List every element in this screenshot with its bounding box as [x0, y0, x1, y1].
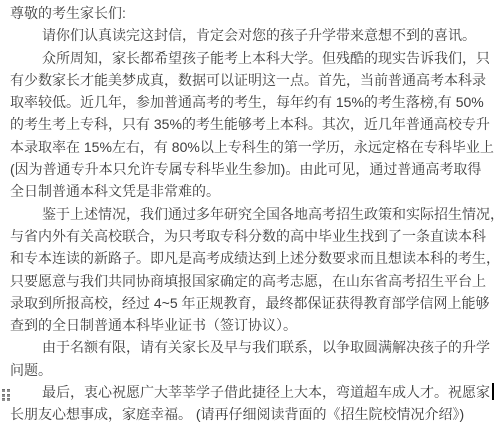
salutation-line: 尊敬的考生家长们:	[0, 2, 500, 24]
text-line: 与省内外有关高校联合，为只考取专科分数的高中毕业生找到了一条直读本科	[0, 225, 500, 247]
text-line: (因为普通专升本只允许专属专科毕业生参加)。由此可见，通过普通高考取得	[0, 158, 500, 180]
drag-handle-icon[interactable]	[2, 389, 10, 401]
text-line: 的考生考上专科，只有 35%的考生能够考上本科。其次，近几年普通高校专升	[0, 113, 500, 135]
text-line: 问题。	[0, 359, 500, 381]
text-line: 鉴于上述情况，我们通过多年研究全国各地高考招生政策和实际招生情况，	[0, 203, 500, 225]
text-line: 全日制普通本科文凭是非常难的。	[0, 180, 500, 202]
text-line: 有少数家长才能美梦成真，数据可以证明这一点。首先，当前普通高考本科录	[0, 69, 500, 91]
text-line: 长朋友心想事成，家庭幸福。 (请再仔细阅读背面的《招生院校情况介绍》)	[0, 403, 500, 425]
text-line: 查到的全日制普通本科毕业证书（签订协议）。	[0, 314, 500, 336]
text-line: 众所周知，家长都希望孩子能考上本科大学。但残酷的现实告诉我们，只	[0, 47, 500, 69]
text-line: 请你们认真读完这封信，肯定会对您的孩子升学带来意想不到的喜讯。	[0, 24, 500, 46]
text-line: 和专本连读的新路子。即凡是高考成绩达到上述分数要求而且想读本科的考生，	[0, 247, 500, 269]
text-line: 只要愿意与我们共同协商填报国家确定的高考志愿，在山东省高考招生平台上	[0, 270, 500, 292]
text-cursor	[492, 383, 494, 400]
text-line: 最后，衷心祝愿广大莘莘学子借此捷径上大本，弯道超车成人才。祝愿家	[42, 384, 490, 400]
text-line: 录取到所报高校，经过 4~5 年正规教育，最终都保证获得教育部学信网上能够	[0, 292, 500, 314]
document-page[interactable]: 尊敬的考生家长们: 请你们认真读完这封信，肯定会对您的孩子升学带来意想不到的喜讯…	[0, 2, 500, 434]
text-line: 本录取率在 15%左右，有 80%以上专科生的第一学历，永远定格在专科毕业上	[0, 136, 500, 158]
text-line-with-caret: 最后，衷心祝愿广大莘莘学子借此捷径上大本，弯道超车成人才。祝愿家	[0, 381, 500, 403]
text-line: 由于名额有限，请有关家长及早与我们联系，以争取圆满解决孩子的升学	[0, 336, 500, 358]
text-line: 取率较低。近几年，参加普通高考的考生，每年约有 15%的考生落榜,有 50%	[0, 91, 500, 113]
